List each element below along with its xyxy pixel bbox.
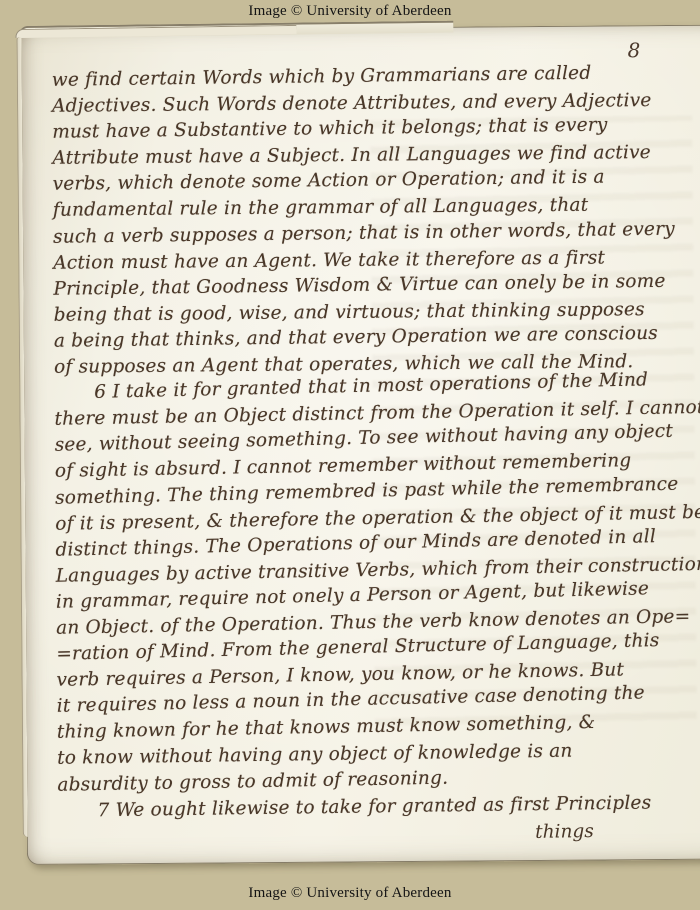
credit-line-top: Image © University of Aberdeen <box>0 3 700 20</box>
page-stack-edge <box>18 21 453 38</box>
handwritten-text-block: we find certain Words which by Grammaria… <box>52 63 680 851</box>
page-number: 8 <box>628 40 641 60</box>
manuscript-page: 8 we find certain Words which by Grammar… <box>20 25 700 865</box>
scan-viewport: { "frame": { "credit_top": "Image © Univ… <box>0 0 700 910</box>
credit-line-bottom: Image © University of Aberdeen <box>0 885 700 902</box>
page-stack-left-edge <box>16 37 27 837</box>
page-stack-edge <box>15 25 296 38</box>
